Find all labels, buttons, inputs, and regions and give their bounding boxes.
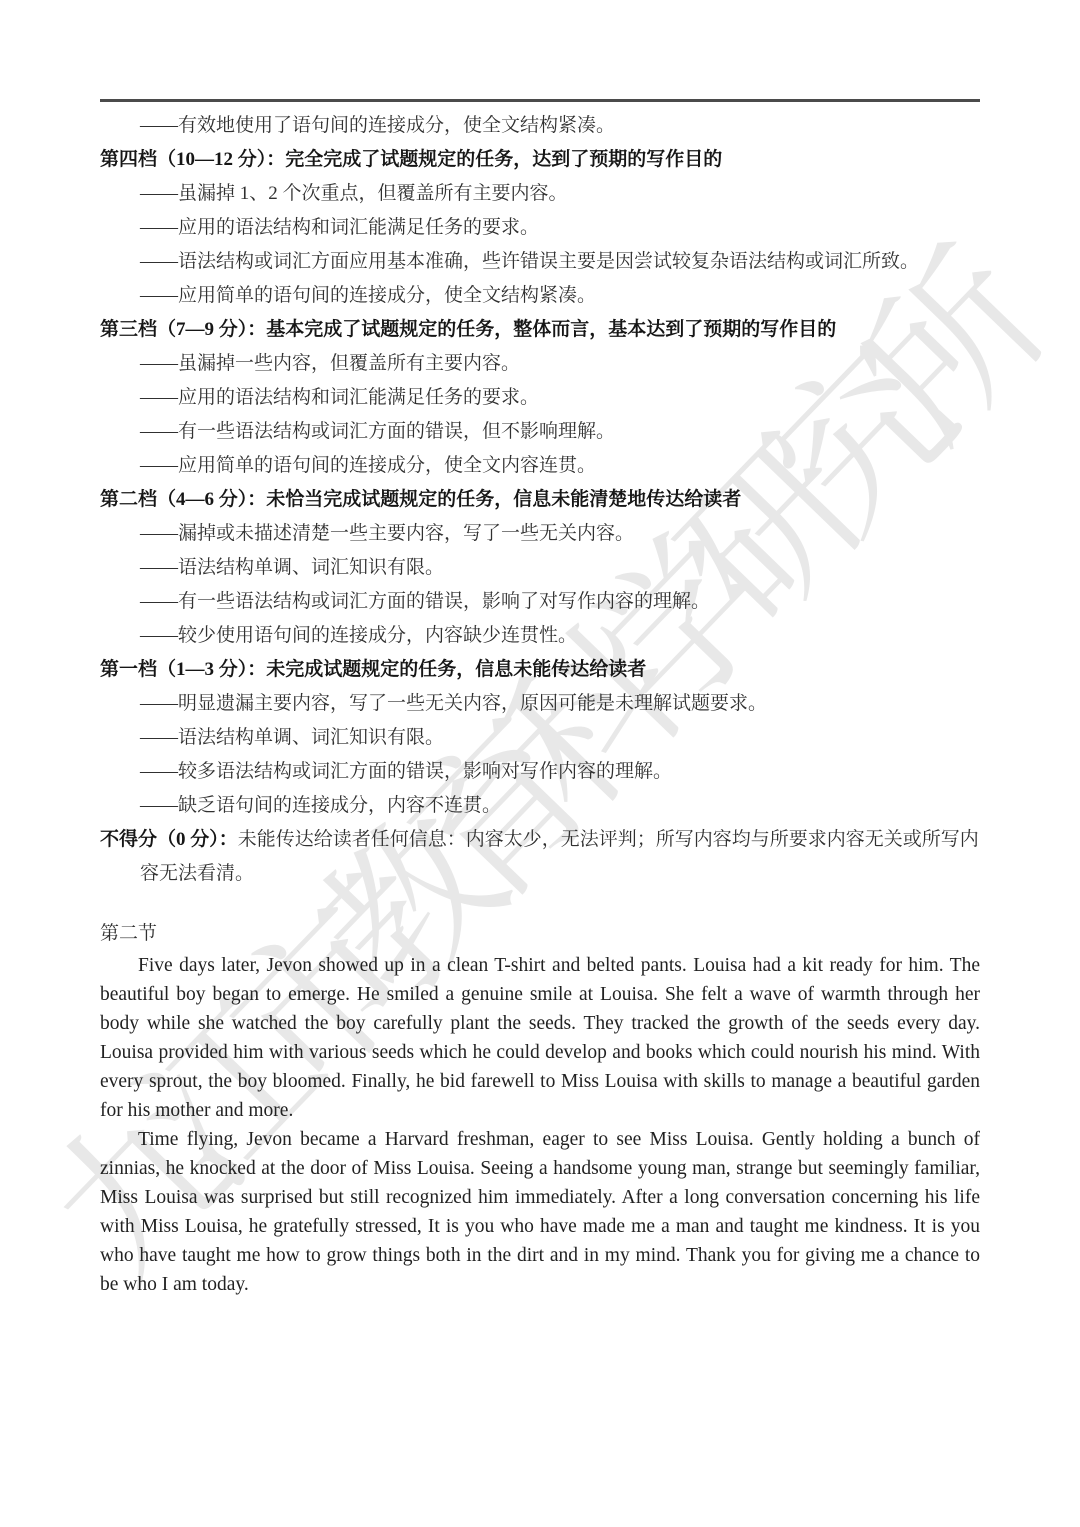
band1-item: ——缺乏语句间的连接成分，内容不连贯。 xyxy=(100,789,980,823)
band4-item: ——应用简单的语句间的连接成分，使全文结构紧凑。 xyxy=(100,279,980,313)
band4-title: 第四档（10—12 分）：完全完成了试题规定的任务，达到了预期的写作目的 xyxy=(100,143,980,177)
band3-item: ——有一些语法结构或词汇方面的错误，但不影响理解。 xyxy=(100,415,980,449)
band3-item: ——应用简单的语句间的连接成分，使全文内容连贯。 xyxy=(100,449,980,483)
zero-band-text: 未能传达给读者任何信息：内容太少，无法评判；所写内容均与所要求内容无关或所写内容… xyxy=(140,829,979,884)
rubric-intro-item: ——有效地使用了语句间的连接成分，使全文结构紧凑。 xyxy=(100,109,980,143)
zero-band-label: 不得分（0 分）： xyxy=(100,829,238,850)
band1-item: ——语法结构单调、词汇知识有限。 xyxy=(100,721,980,755)
band3-item: ——虽漏掉一些内容，但覆盖所有主要内容。 xyxy=(100,347,980,381)
band1-item: ——明显遗漏主要内容，写了一些无关内容，原因可能是未理解试题要求。 xyxy=(100,687,980,721)
header-rule xyxy=(100,99,980,102)
band2-item: ——漏掉或未描述清楚一些主要内容，写了一些无关内容。 xyxy=(100,517,980,551)
band2-title: 第二档（4—6 分）：未恰当完成试题规定的任务，信息未能清楚地传达给读者 xyxy=(100,483,980,517)
section2-paragraph: Five days later, Jevon showed up in a cl… xyxy=(100,951,980,1125)
zero-band: 不得分（0 分）：未能传达给读者任何信息：内容太少，无法评判；所写内容均与所要求… xyxy=(100,823,980,891)
band4-item: ——应用的语法结构和词汇能满足任务的要求。 xyxy=(100,211,980,245)
band2-item: ——有一些语法结构或词汇方面的错误，影响了对写作内容的理解。 xyxy=(100,585,980,619)
page-content: ——有效地使用了语句间的连接成分，使全文结构紧凑。 第四档（10—12 分）：完… xyxy=(0,99,1080,1299)
band4-item: ——语法结构或词汇方面应用基本准确，些许错误主要是因尝试较复杂语法结构或词汇所致… xyxy=(100,245,980,279)
band3-title: 第三档（7—9 分）：基本完成了试题规定的任务，整体而言，基本达到了预期的写作目… xyxy=(100,313,980,347)
section2-paragraph: Time flying, Jevon became a Harvard fres… xyxy=(100,1125,980,1299)
band2-item: ——较少使用语句间的连接成分，内容缺少连贯性。 xyxy=(100,619,980,653)
band2-item: ——语法结构单调、词汇知识有限。 xyxy=(100,551,980,585)
band4-item: ——虽漏掉 1、2 个次重点，但覆盖所有主要内容。 xyxy=(100,177,980,211)
band3-item: ——应用的语法结构和词汇能满足任务的要求。 xyxy=(100,381,980,415)
band1-item: ——较多语法结构或词汇方面的错误，影响对写作内容的理解。 xyxy=(100,755,980,789)
document-page: { "doc": { "watermark": "九江市教育科学研究所", "r… xyxy=(0,0,1080,1527)
band1-title: 第一档（1—3 分）：未完成试题规定的任务，信息未能传达给读者 xyxy=(100,653,980,687)
section2-heading: 第二节 xyxy=(100,917,980,951)
